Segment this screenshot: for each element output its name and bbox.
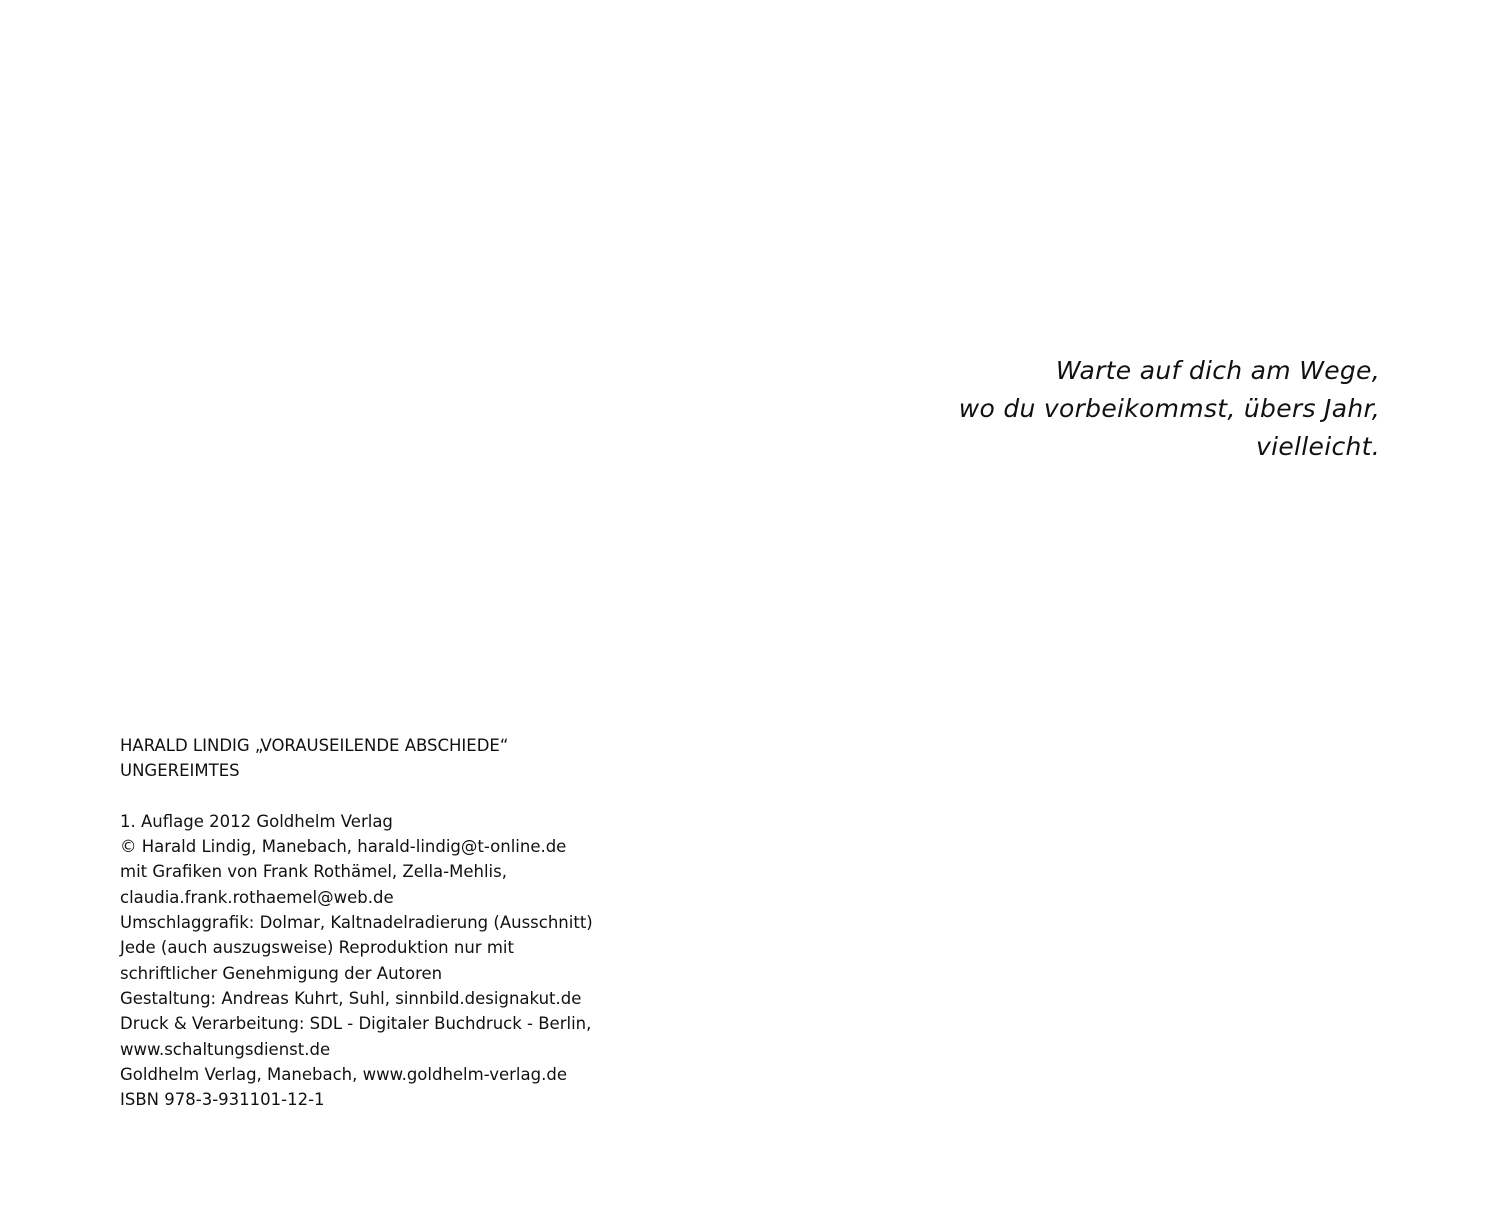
imprint-block: HARALD LINDIG „VORAUSEILENDE ABSCHIEDE“ … bbox=[120, 733, 593, 1112]
copyright-line: © Harald Lindig, Manebach, harald-lindig… bbox=[120, 834, 593, 859]
book-subtitle: UNGEREIMTES bbox=[120, 758, 593, 783]
poem-line: Warte auf dich am Wege, bbox=[959, 352, 1380, 390]
poem-line: wo du vorbeikommst, übers Jahr, bbox=[959, 390, 1380, 428]
rights-line: Jede (auch auszugsweise) Reproduktion nu… bbox=[120, 935, 593, 960]
poem-epigraph: Warte auf dich am Wege, wo du vorbeikomm… bbox=[959, 352, 1380, 466]
spacer bbox=[120, 784, 593, 809]
edition-line: 1. Auflage 2012 Goldhelm Verlag bbox=[120, 809, 593, 834]
printing-line: Druck & Verarbeitung: SDL - Digitaler Bu… bbox=[120, 1011, 593, 1036]
poem-line: vielleicht. bbox=[959, 428, 1380, 466]
cover-art-line: Umschlaggrafik: Dolmar, Kaltnadelradieru… bbox=[120, 910, 593, 935]
printer-website: www.schaltungsdienst.de bbox=[120, 1037, 593, 1062]
design-line: Gestaltung: Andreas Kuhrt, Suhl, sinnbil… bbox=[120, 986, 593, 1011]
illustrator-line: mit Grafiken von Frank Rothämel, Zella-M… bbox=[120, 859, 593, 884]
rights-line-cont: schriftlicher Genehmigung der Autoren bbox=[120, 961, 593, 986]
publisher-line: Goldhelm Verlag, Manebach, www.goldhelm-… bbox=[120, 1062, 593, 1087]
illustrator-email: claudia.frank.rothaemel@web.de bbox=[120, 885, 593, 910]
isbn-line: ISBN 978-3-931101-12-1 bbox=[120, 1087, 593, 1112]
book-title: HARALD LINDIG „VORAUSEILENDE ABSCHIEDE“ bbox=[120, 733, 593, 758]
